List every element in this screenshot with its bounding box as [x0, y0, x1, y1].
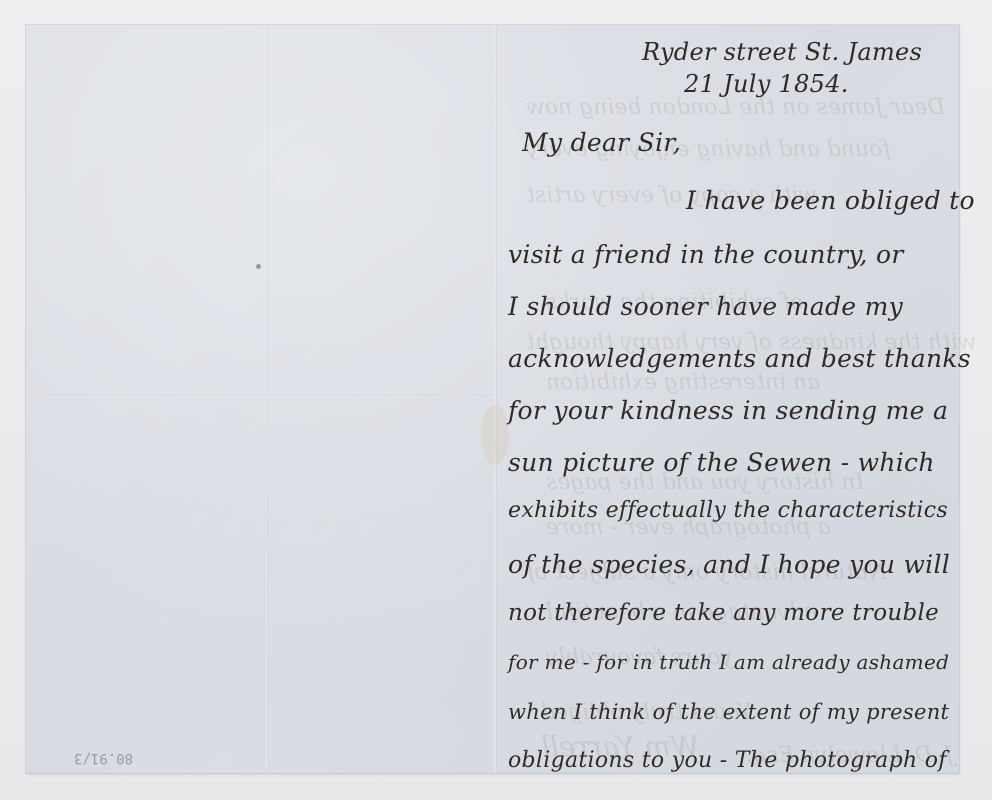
letter-address: Ryder street St. James: [642, 38, 922, 66]
bleed-through-line: Dear James on the London being now: [526, 95, 945, 120]
letter-body-line: of the species, and I hope you will: [508, 550, 950, 579]
letter-body-line: sun picture of the Sewen - which: [508, 448, 935, 477]
letter-salutation: My dear Sir,: [522, 128, 681, 157]
letter-body-line: acknowledgements and best thanks: [508, 344, 971, 373]
fold-line-horizontal: [26, 393, 496, 395]
letter-body-line: obligations to you - The photograph of: [508, 748, 947, 773]
letter-body-line: for me - for in truth I am already asham…: [508, 650, 949, 674]
pencil-catalogue-number: 80.91/3: [74, 750, 133, 766]
letter-body-line: for your kindness in sending me a: [508, 396, 948, 425]
paper-stain: [481, 405, 509, 465]
letter-date: 21 July 1854.: [684, 70, 849, 98]
ink-spot: [256, 264, 261, 269]
fold-line-vertical-left: [266, 25, 268, 773]
letter-body-line: I have been obliged to: [686, 186, 975, 215]
letter-body-line: I should sooner have made my: [508, 292, 903, 321]
document-viewer: Dear James on the London being now found…: [0, 0, 992, 800]
letter-body-line: not therefore take any more trouble: [508, 600, 939, 626]
bleed-through-line: an interesting exhibition: [546, 370, 820, 395]
letter-body-line: exhibits effectually the characteristics: [508, 498, 948, 523]
fold-line-center: [494, 25, 497, 773]
letter-body-line: when I think of the extent of my present: [508, 700, 949, 724]
letter-body-line: visit a friend in the country, or: [508, 240, 904, 269]
